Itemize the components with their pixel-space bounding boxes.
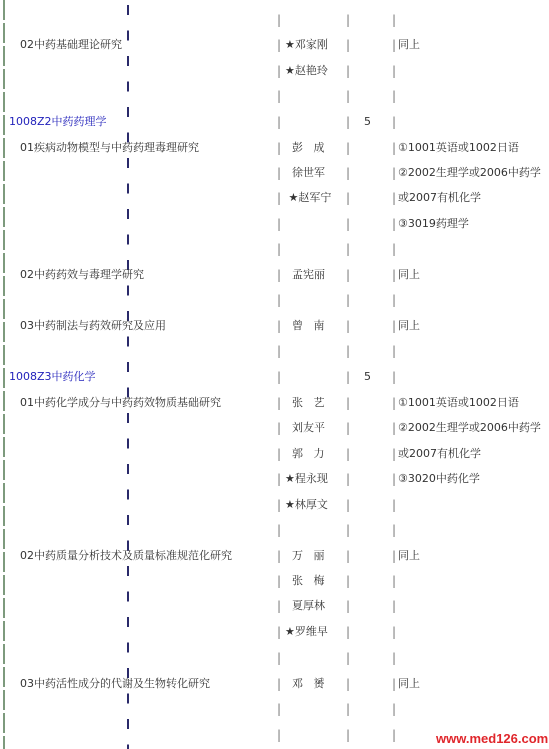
column-separator: | [346, 369, 350, 385]
table-row: 03中药活性成分的代谢及生物转化研究| 邓 赟||同上 [0, 676, 549, 692]
column-separator: | [346, 241, 350, 257]
column-separator: | [346, 701, 350, 717]
major-code-title: 1008Z3中药化学 [9, 369, 96, 385]
column-separator: | [346, 63, 350, 79]
supervisor-name: 曾 南 [285, 318, 345, 334]
supervisor-name: 夏厚林 [285, 598, 345, 614]
column-separator: | [392, 241, 396, 257]
column-separator: | [346, 318, 350, 334]
column-separator: | [277, 548, 281, 564]
column-separator: | [392, 395, 396, 411]
column-separator: | [392, 522, 396, 538]
supervisor-name: 万 丽 [285, 548, 345, 564]
column-separator: | [346, 624, 350, 640]
watermark: www.med126.com [436, 731, 548, 746]
column-separator: | [392, 343, 396, 359]
table-row: ||| [0, 88, 549, 104]
column-separator: | [346, 676, 350, 692]
column-separator: | [392, 140, 396, 156]
table-row: ||| [0, 522, 549, 538]
column-separator: | [392, 37, 396, 53]
column-separator: | [346, 471, 350, 487]
column-separator: | [277, 88, 281, 104]
column-separator: | [277, 12, 281, 28]
column-separator: | [277, 624, 281, 640]
column-separator: | [277, 114, 281, 130]
research-direction: 02中药基础理论研究 [20, 37, 122, 53]
exam-subjects: 同上 [398, 318, 420, 334]
exam-subjects: 或2007有机化学 [398, 190, 481, 206]
column-separator: | [346, 190, 350, 206]
column-separator: | [392, 446, 396, 462]
column-separator: | [277, 369, 281, 385]
column-separator: | [277, 343, 281, 359]
column-separator: | [277, 650, 281, 666]
column-separator: | [392, 318, 396, 334]
column-separator: | [277, 420, 281, 436]
column-separator: | [277, 63, 281, 79]
column-separator: | [346, 598, 350, 614]
column-separator: | [277, 165, 281, 181]
column-separator: | [392, 420, 396, 436]
column-separator: | [392, 701, 396, 717]
column-separator: | [277, 727, 281, 743]
table-row: |||③3019药理学 [0, 216, 549, 232]
supervisor-name: ★林厚文 [285, 497, 345, 513]
column-separator: | [346, 395, 350, 411]
column-separator: | [277, 292, 281, 308]
column-separator: | [346, 37, 350, 53]
table-row: |★罗维早|| [0, 624, 549, 640]
column-separator: | [346, 497, 350, 513]
enrollment-count: 5 [364, 114, 371, 130]
supervisor-name: ★程永现 [285, 471, 345, 487]
table-row: ||| [0, 343, 549, 359]
table-row: ||| [0, 12, 549, 28]
column-separator: | [277, 598, 281, 614]
column-separator: | [346, 267, 350, 283]
column-separator: | [346, 573, 350, 589]
enrollment-count: 5 [364, 369, 371, 385]
supervisor-name: 彭 成 [285, 140, 345, 156]
column-separator: | [392, 216, 396, 232]
research-direction: 02中药质量分析技术及质量标准规范化研究 [20, 548, 232, 564]
table-row: 03中药制法与药效研究及应用| 曾 南||同上 [0, 318, 549, 334]
column-separator: | [392, 727, 396, 743]
exam-subjects: 或2007有机化学 [398, 446, 481, 462]
column-separator: | [392, 114, 396, 130]
column-separator: | [277, 267, 281, 283]
column-separator: | [392, 497, 396, 513]
supervisor-name: 张 梅 [285, 573, 345, 589]
column-separator: | [392, 624, 396, 640]
column-separator: | [277, 522, 281, 538]
supervisor-name: ★赵艳玲 [285, 63, 345, 79]
exam-subjects: 同上 [398, 267, 420, 283]
column-separator: | [346, 727, 350, 743]
column-separator: | [346, 292, 350, 308]
column-separator: | [346, 522, 350, 538]
research-direction: 03中药制法与药效研究及应用 [20, 318, 166, 334]
table-row: | 夏厚林|| [0, 598, 549, 614]
table-row: 02中药质量分析技术及质量标准规范化研究| 万 丽||同上 [0, 548, 549, 564]
research-direction: 01中药化学成分与中药药效物质基础研究 [20, 395, 221, 411]
supervisor-name: 郭 力 [285, 446, 345, 462]
supervisor-name: ★罗维早 [285, 624, 345, 640]
major-code-title: 1008Z2中药药理学 [9, 114, 107, 130]
column-separator: | [392, 471, 396, 487]
column-separator: | [277, 676, 281, 692]
exam-subjects: ①1001英语或1002日语 [398, 395, 519, 411]
exam-subjects: 同上 [398, 676, 420, 692]
column-separator: | [346, 216, 350, 232]
supervisor-name: ★赵军宁 [285, 190, 345, 206]
table-row: | 徐世军||②2002生理学或2006中药学 [0, 165, 549, 181]
table-row: |★程永现||③3020中药化学 [0, 471, 549, 487]
column-separator: | [277, 318, 281, 334]
column-separator: | [277, 216, 281, 232]
column-separator: | [346, 343, 350, 359]
column-separator: | [277, 471, 281, 487]
exam-subjects: ②2002生理学或2006中药学 [398, 165, 541, 181]
column-separator: | [392, 676, 396, 692]
column-separator: | [277, 446, 281, 462]
table-row: 02中药药效与毒理学研究| 孟宪丽||同上 [0, 267, 549, 283]
table-row: ||| [0, 650, 549, 666]
column-separator: | [277, 573, 281, 589]
column-separator: | [277, 701, 281, 717]
column-separator: | [277, 497, 281, 513]
table-row: |★林厚文|| [0, 497, 549, 513]
research-direction: 03中药活性成分的代谢及生物转化研究 [20, 676, 210, 692]
table-row: ||| [0, 292, 549, 308]
supervisor-name: 邓 赟 [285, 676, 345, 692]
column-separator: | [392, 292, 396, 308]
column-separator: | [392, 548, 396, 564]
column-separator: | [392, 12, 396, 28]
column-separator: | [277, 241, 281, 257]
exam-subjects: ③3020中药化学 [398, 471, 480, 487]
exam-subjects: 同上 [398, 37, 420, 53]
column-separator: | [346, 420, 350, 436]
column-separator: | [277, 190, 281, 206]
column-separator: | [277, 395, 281, 411]
column-separator: | [392, 88, 396, 104]
exam-subjects: ②2002生理学或2006中药学 [398, 420, 541, 436]
table-row: 01疾病动物模型与中药药理毒理研究| 彭 成||①1001英语或1002日语 [0, 140, 549, 156]
table-row: ||| [0, 701, 549, 717]
table-row: 1008Z3中药化学||5| [0, 369, 549, 385]
table-row: 1008Z2中药药理学||5| [0, 114, 549, 130]
supervisor-name: ★邓家刚 [285, 37, 345, 53]
supervisor-name: 徐世军 [285, 165, 345, 181]
table-row: | 刘友平||②2002生理学或2006中药学 [0, 420, 549, 436]
column-separator: | [346, 446, 350, 462]
supervisor-name: 张 艺 [285, 395, 345, 411]
column-separator: | [392, 598, 396, 614]
table-row: 01中药化学成分与中药药效物质基础研究| 张 艺||①1001英语或1002日语 [0, 395, 549, 411]
exam-subjects: 同上 [398, 548, 420, 564]
table-row: | ★赵军宁||或2007有机化学 [0, 190, 549, 206]
supervisor-name: 孟宪丽 [285, 267, 345, 283]
column-separator: | [346, 650, 350, 666]
column-separator: | [392, 165, 396, 181]
research-direction: 01疾病动物模型与中药药理毒理研究 [20, 140, 199, 156]
column-separator: | [277, 37, 281, 53]
table-row: 02中药基础理论研究|★邓家刚||同上 [0, 37, 549, 53]
table-row: | 张 梅|| [0, 573, 549, 589]
exam-subjects: ①1001英语或1002日语 [398, 140, 519, 156]
column-separator: | [392, 650, 396, 666]
column-separator: | [346, 140, 350, 156]
column-separator: | [392, 190, 396, 206]
column-separator: | [392, 573, 396, 589]
table-row: |★赵艳玲|| [0, 63, 549, 79]
table-row: | 郭 力||或2007有机化学 [0, 446, 549, 462]
column-separator: | [346, 548, 350, 564]
column-separator: | [392, 369, 396, 385]
table-row: ||| [0, 241, 549, 257]
exam-subjects: ③3019药理学 [398, 216, 469, 232]
column-separator: | [346, 165, 350, 181]
supervisor-name: 刘友平 [285, 420, 345, 436]
column-separator: | [346, 114, 350, 130]
column-separator: | [346, 12, 350, 28]
column-separator: | [392, 63, 396, 79]
research-direction: 02中药药效与毒理学研究 [20, 267, 144, 283]
column-separator: | [277, 140, 281, 156]
column-separator: | [346, 88, 350, 104]
column-separator: | [392, 267, 396, 283]
